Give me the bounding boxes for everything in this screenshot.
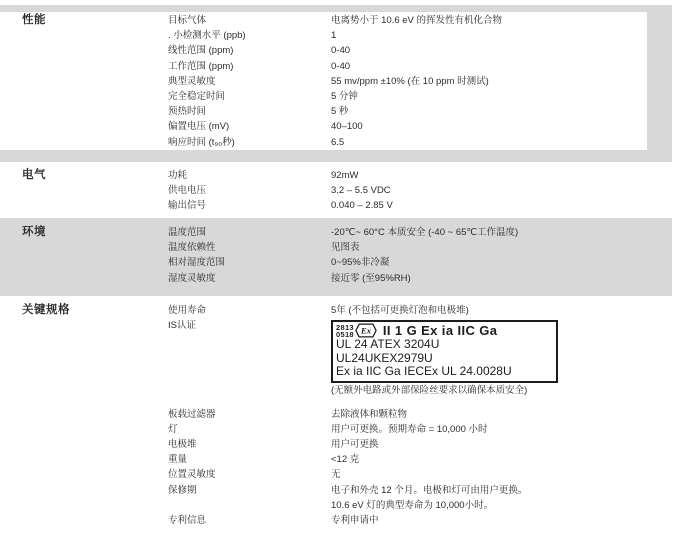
certification-line: Ex ia IIC Ga IECEx UL 24.0028U [336, 365, 552, 379]
spec-label: 使用寿命 [168, 303, 331, 318]
table-row: 供电电压 3.2 – 5.5 VDC [168, 183, 674, 198]
electrical-rows: 功耗 92mW 供电电压 3.2 – 5.5 VDC 输出信号 0.040 – … [168, 168, 674, 214]
spec-value: 无 [331, 467, 674, 482]
table-row: 功耗 92mW [168, 168, 674, 183]
table-row: 专利信息 专利申请中 [168, 513, 674, 528]
certification-box: 2813 0518 Ex II 1 G Ex ia IIC Ga UL 24 A… [331, 320, 558, 383]
certification-cell: 2813 0518 Ex II 1 G Ex ia IIC Ga UL 24 A… [331, 318, 674, 398]
table-row: 灯 用户可更换。预期寿命 = 10,000 小时 [168, 422, 674, 437]
spec-label: 相对湿度范围 [168, 255, 331, 270]
table-row: 目标气体 电离势小于 10.6 eV 的挥发性有机化合物 [168, 13, 674, 28]
spec-value: 电子和外壳 12 个月。电极和灯可由用户更换。 10.6 eV 灯的典型寿命为 … [331, 483, 674, 513]
spec-value: 92mW [331, 168, 674, 183]
section-title-performance: 性能 [22, 13, 46, 28]
certification-line: UL24UKEX2979U [336, 352, 552, 366]
key-specs-rows: 使用寿命 5年 (不包括可更换灯泡和电极堆) IS认证 2813 0518 Ex [168, 303, 674, 528]
spec-value: -20℃~ 60°C 本质安全 (-40 ~ 65℃工作温度) [331, 225, 674, 240]
spec-label: 位置灵敏度 [168, 467, 331, 482]
spec-label: 保修期 [168, 483, 331, 498]
table-row: 重量 <12 克 [168, 452, 674, 467]
spec-label: 线性范围 (ppm) [168, 43, 331, 58]
table-row: 预热时间 5 秒 [168, 104, 674, 119]
table-row: 温度范围 -20℃~ 60°C 本质安全 (-40 ~ 65℃工作温度) [168, 225, 674, 240]
spec-label: 目标气体 [168, 13, 331, 28]
spec-value: 0-40 [331, 59, 674, 74]
environment-rows: 温度范围 -20℃~ 60°C 本质安全 (-40 ~ 65℃工作温度) 温度依… [168, 225, 674, 286]
warranty-line-1: 电子和外壳 12 个月。电极和灯可由用户更换。 [331, 483, 674, 498]
table-row: 工作范围 (ppm) 0-40 [168, 59, 674, 74]
table-row: 输出信号 0.040 – 2.85 V [168, 198, 674, 213]
performance-section-divider-band [0, 150, 672, 162]
spec-label: 输出信号 [168, 198, 331, 213]
spec-label: 湿度灵敏度 [168, 271, 331, 286]
spec-label: 偏置电压 (mV) [168, 119, 331, 134]
table-row: 位置灵敏度 无 [168, 467, 674, 482]
svg-text:Ex: Ex [360, 326, 372, 336]
spec-label: 温度依赖性 [168, 240, 331, 255]
table-row: . 小检测水平 (ppb) 1 [168, 28, 674, 43]
spec-label: 完全稳定时间 [168, 89, 331, 104]
performance-rows: 目标气体 电离势小于 10.6 eV 的挥发性有机化合物 . 小检测水平 (pp… [168, 13, 674, 150]
spec-value: 用户可更换。预期寿命 = 10,000 小时 [331, 422, 674, 437]
table-row: 线性范围 (ppm) 0-40 [168, 43, 674, 58]
table-row: 响应时间 (t₉₀秒) 6.5 [168, 135, 674, 150]
section-title-electrical: 电气 [22, 168, 46, 183]
spec-label: 重量 [168, 452, 331, 467]
notified-body-numbers: 2813 0518 [336, 324, 354, 338]
section-title-key-specs: 关键规格 [22, 303, 70, 318]
spec-label: 板载过滤器 [168, 407, 331, 422]
table-row-certification: IS认证 2813 0518 Ex II 1 G Ex ia IIC Ga [168, 318, 674, 398]
atex-ex-hexagon-icon: Ex [355, 323, 377, 338]
spec-value: 5 秒 [331, 104, 674, 119]
spec-value: 0.040 – 2.85 V [331, 198, 674, 213]
spec-value: 0-40 [331, 43, 674, 58]
table-row: 温度依赖性 见图表 [168, 240, 674, 255]
certification-note: (无额外电路或外部保险丝要求以确保本质安全) [331, 384, 674, 398]
spec-label: 响应时间 (t₉₀秒) [168, 135, 331, 150]
warranty-line-2: 10.6 eV 灯的典型寿命为 10,000小时。 [331, 498, 674, 513]
spec-sheet: 性能 目标气体 电离势小于 10.6 eV 的挥发性有机化合物 . 小检测水平 … [0, 0, 678, 541]
spec-value: 电离势小于 10.6 eV 的挥发性有机化合物 [331, 13, 674, 28]
table-row: 偏置电压 (mV) 40–100 [168, 119, 674, 134]
table-row-warranty: 保修期 电子和外壳 12 个月。电极和灯可由用户更换。 10.6 eV 灯的典型… [168, 483, 674, 513]
certification-line: UL 24 ATEX 3204U [336, 338, 552, 352]
spec-label: 温度范围 [168, 225, 331, 240]
spec-value: 1 [331, 28, 674, 43]
spec-value: 接近零 (至95%RH) [331, 271, 674, 286]
row-spacer [168, 398, 674, 407]
table-row: 完全稳定时间 5 分钟 [168, 89, 674, 104]
spec-label: 典型灵敏度 [168, 74, 331, 89]
spec-label: IS认证 [168, 318, 331, 333]
spec-value: 5 分钟 [331, 89, 674, 104]
table-row: 相对湿度范围 0~95%非冷凝 [168, 255, 674, 270]
spec-label: . 小检测水平 (ppb) [168, 28, 331, 43]
table-row: 电极堆 用户可更换 [168, 437, 674, 452]
spec-label: 供电电压 [168, 183, 331, 198]
certification-code: II 1 G Ex ia IIC Ga [383, 324, 498, 338]
table-row: 典型灵敏度 55 mv/ppm ±10% (在 10 ppm 时测试) [168, 74, 674, 89]
top-gray-band [0, 5, 672, 12]
spec-value: 专利申请中 [331, 513, 674, 528]
spec-value: 见图表 [331, 240, 674, 255]
section-title-environment: 环境 [22, 225, 46, 240]
spec-value: 55 mv/ppm ±10% (在 10 ppm 时测试) [331, 74, 674, 89]
spec-label: 灯 [168, 422, 331, 437]
spec-value: 用户可更换 [331, 437, 674, 452]
spec-label: 专利信息 [168, 513, 331, 528]
table-row: 使用寿命 5年 (不包括可更换灯泡和电极堆) [168, 303, 674, 318]
spec-value: 6.5 [331, 135, 674, 150]
certification-headline-row: 2813 0518 Ex II 1 G Ex ia IIC Ga [336, 323, 552, 338]
spec-label: 工作范围 (ppm) [168, 59, 331, 74]
spec-label: 预热时间 [168, 104, 331, 119]
table-row: 湿度灵敏度 接近零 (至95%RH) [168, 271, 674, 286]
spec-value: 5年 (不包括可更换灯泡和电极堆) [331, 303, 674, 318]
spec-value: 0~95%非冷凝 [331, 255, 674, 270]
spec-value: 去除液体和颗粒物 [331, 407, 674, 422]
table-row: 板载过滤器 去除液体和颗粒物 [168, 407, 674, 422]
spec-label: 电极堆 [168, 437, 331, 452]
spec-value: 40–100 [331, 119, 674, 134]
spec-value: <12 克 [331, 452, 674, 467]
spec-label: 功耗 [168, 168, 331, 183]
spec-value: 3.2 – 5.5 VDC [331, 183, 674, 198]
